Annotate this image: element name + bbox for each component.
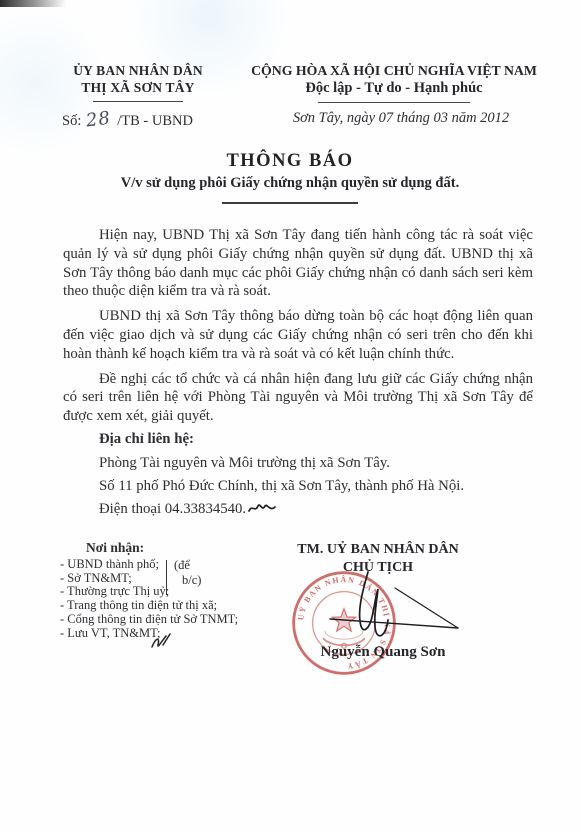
document-title: THÔNG BÁO bbox=[0, 151, 580, 172]
motto-underline bbox=[318, 102, 470, 103]
recipient-item: - Thường trực Thị uỷ; bbox=[60, 585, 290, 599]
title-divider bbox=[222, 202, 358, 204]
issuer-name-line2: THỊ XÃ SƠN TÂY bbox=[46, 79, 230, 96]
signature-org: TM. UỶ BAN NHÂN DÂN bbox=[278, 541, 478, 558]
paragraph: Đề nghị các tổ chức và cá nhân hiện đang… bbox=[63, 370, 533, 426]
contact-section: Địa chỉ liên hệ: Phòng Tài nguyên và Môi… bbox=[63, 430, 533, 525]
signer-name: Nguyễn Quang Sơn bbox=[278, 644, 488, 661]
document-number-label: Số: bbox=[62, 113, 81, 129]
recipient-item: - Cổng thông tin điện tử Sở TNMT; bbox=[60, 613, 290, 627]
national-header-block: CỘNG HÒA XÃ HỘI CHỦ NGHĨA VIỆT NAM Độc l… bbox=[236, 62, 552, 103]
issuer-underline bbox=[93, 101, 183, 102]
recipients-note-bottom: b/c) bbox=[182, 574, 201, 588]
title-block: THÔNG BÁO V/v sử dụng phôi Giấy chứng nh… bbox=[0, 151, 580, 204]
contact-phone: Điện thoại 04.33834540. bbox=[99, 500, 533, 520]
document-subject: V/v sử dụng phôi Giấy chứng nhận quyền s… bbox=[0, 175, 580, 192]
contact-heading: Địa chỉ liên hệ: bbox=[99, 430, 533, 448]
paragraph: UBND thị xã Sơn Tây thông báo dừng toàn … bbox=[63, 307, 533, 363]
document-number-handwritten: 28 bbox=[85, 108, 112, 132]
paragraph: Hiện nay, UBND Thị xã Sơn Tây đang tiến … bbox=[63, 226, 533, 301]
handwritten-signature bbox=[300, 560, 472, 656]
recipients-block: Nơi nhận: - UBND thành phố; - Sở TN&MT; … bbox=[60, 541, 290, 641]
issuer-name-line1: ỦY BAN NHÂN DÂN bbox=[46, 62, 230, 79]
contact-address: Số 11 phố Phó Đức Chính, thị xã Sơn Tây,… bbox=[99, 477, 533, 495]
recipient-item: - Sở TN&MT; bbox=[60, 572, 290, 586]
scan-edge-artifact bbox=[0, 0, 66, 7]
contact-office: Phòng Tài nguyên và Môi trường thị xã Sơ… bbox=[99, 454, 533, 472]
recipients-heading: Nơi nhận: bbox=[86, 541, 290, 555]
national-title: CỘNG HÒA XÃ HỘI CHỦ NGHĨA VIỆT NAM bbox=[236, 62, 552, 79]
scanned-official-document: ỦY BAN NHÂN DÂN THỊ XÃ SƠN TÂY Số:28/TB … bbox=[0, 0, 580, 833]
recipient-item: - Trang thông tin điện tử thị xã; bbox=[60, 599, 290, 613]
recipients-brace-line bbox=[166, 560, 167, 595]
issuer-block: ỦY BAN NHÂN DÂN THỊ XÃ SƠN TÂY bbox=[46, 62, 230, 102]
handwriting-scribble bbox=[247, 501, 277, 520]
document-number-suffix: /TB - UBND bbox=[117, 113, 193, 129]
document-number: Số:28/TB - UBND bbox=[62, 109, 193, 130]
recipients-note-top: (để bbox=[174, 559, 190, 573]
recipient-item: - Lưu VT, TN&MT; bbox=[60, 627, 290, 641]
body-text: Hiện nay, UBND Thị xã Sơn Tây đang tiến … bbox=[63, 226, 533, 432]
handwritten-initials bbox=[148, 632, 174, 656]
national-motto: Độc lập - Tự do - Hạnh phúc bbox=[236, 80, 552, 97]
place-date-line: Sơn Tây, ngày 07 tháng 03 năm 2012 bbox=[250, 110, 552, 127]
